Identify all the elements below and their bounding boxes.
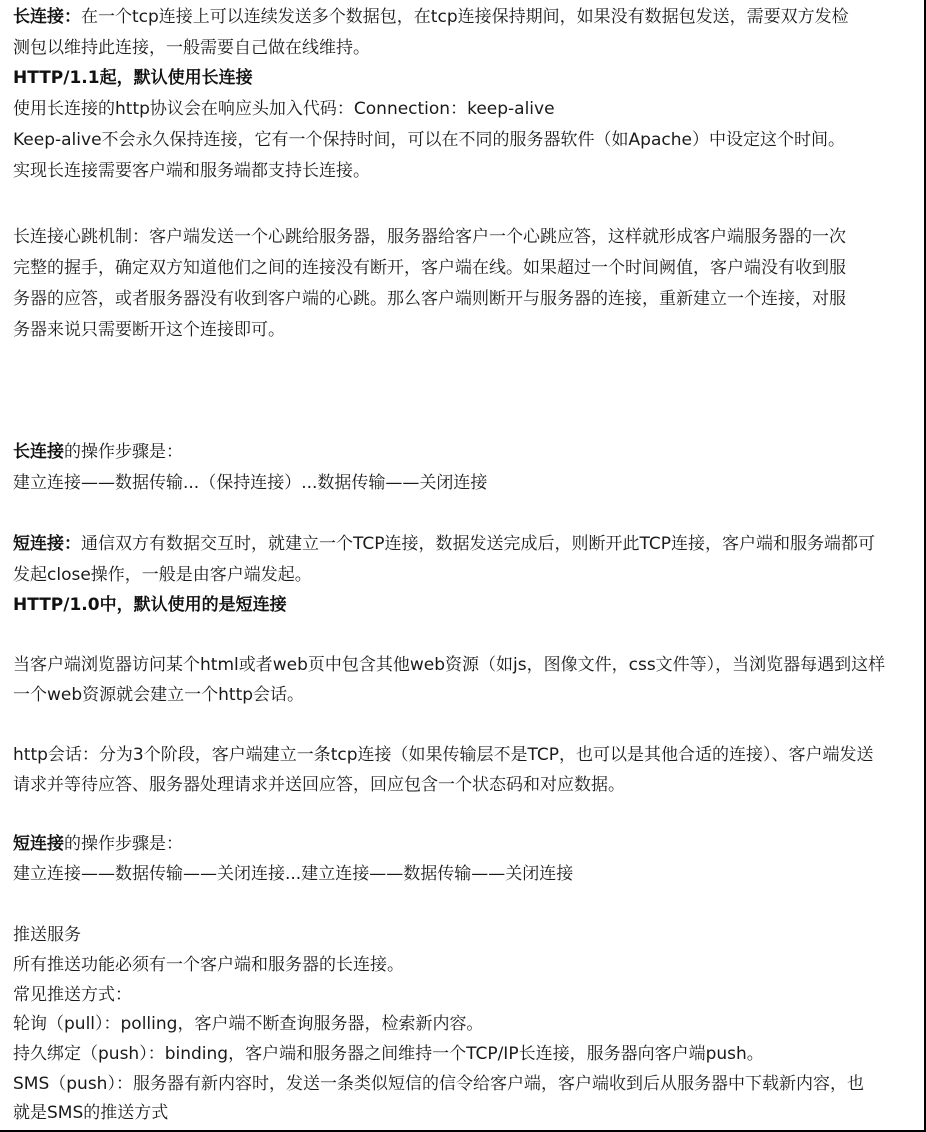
text-line: 常见推送方式： — [13, 980, 912, 1010]
text-line: 持久绑定（push）：binding，客户端和服务器之间维持一个TCP/IP长连… — [13, 1039, 912, 1069]
line-text: 完整的握手，确定双方知道他们之间的连接没有断开，客户端在线。如果超过一个时间阙值… — [13, 258, 846, 278]
text-line: http会话：分为3个阶段，客户端建立一条tcp连接（如果传输层不是TCP，也可… — [13, 740, 912, 770]
text-line: 推送服务 — [13, 920, 912, 950]
text-line: HTTP/1.0中，默认使用的是短连接 — [13, 590, 912, 620]
line-text: 使用长连接的http协议会在响应头加入代码：Connection：keep-al… — [13, 99, 555, 119]
text-line: 完整的握手，确定双方知道他们之间的连接没有断开，客户端在线。如果超过一个时间阙值… — [13, 253, 912, 283]
text-line: 使用长连接的http协议会在响应头加入代码：Connection：keep-al… — [13, 94, 912, 124]
text-line: 建立连接——数据传输——关闭连接...建立连接——数据传输——关闭连接 — [13, 859, 912, 889]
line-text: 的操作步骤是： — [64, 834, 183, 854]
text-line: 就是SMS的推送方式 — [13, 1098, 912, 1128]
text-line: 长连接的操作步骤是： — [13, 437, 912, 467]
line-text: 建立连接——数据传输——关闭连接...建立连接——数据传输——关闭连接 — [13, 864, 573, 884]
text-line: 所有推送功能必须有一个客户端和服务器的长连接。 — [13, 950, 912, 980]
text-line: 请求并等待应答、服务器处理请求并送回应答，回应包含一个状态码和对应数据。 — [13, 770, 912, 800]
line-text: 请求并等待应答、服务器处理请求并送回应答，回应包含一个状态码和对应数据。 — [13, 775, 625, 795]
line-text: 的操作步骤是： — [64, 442, 183, 462]
line-text: 测包以维持此连接，一般需要自己做在线维持。 — [13, 38, 370, 58]
line-text: 通信双方有数据交互时，就建立一个TCP连接，数据发送完成后，则断开此TCP连接，… — [81, 534, 875, 554]
bold-term: 短连接： — [13, 534, 81, 554]
line-text: 发起close操作，一般是由客户端发起。 — [13, 565, 312, 585]
line-text: 务器的应答，或者服务器没有收到客户端的心跳。那么客户端则断开与服务器的连接，重新… — [13, 289, 846, 309]
text-line: Keep-alive不会永久保持连接，它有一个保持时间，可以在不同的服务器软件（… — [13, 125, 912, 155]
bold-term: 短连接 — [13, 834, 64, 854]
bold-term: 长连接 — [13, 442, 64, 462]
line-text: 长连接心跳机制：客户端发送一个心跳给服务器，服务器给客户一个心跳应答，这样就形成… — [13, 227, 846, 247]
text-line: 轮询（pull）：polling，客户端不断查询服务器，检索新内容。 — [13, 1009, 912, 1039]
text-line: 测包以维持此连接，一般需要自己做在线维持。 — [13, 33, 912, 63]
line-text: 在一个tcp连接上可以连续发送多个数据包，在tcp连接保持期间，如果没有数据包发… — [81, 7, 849, 27]
document-page: 长连接：在一个tcp连接上可以连续发送多个数据包，在tcp连接保持期间，如果没有… — [0, 0, 926, 1132]
text-line: HTTP/1.1起，默认使用长连接 — [13, 63, 912, 93]
text-line: 短连接：通信双方有数据交互时，就建立一个TCP连接，数据发送完成后，则断开此TC… — [13, 529, 912, 559]
bold-term: 长连接： — [13, 7, 81, 27]
text-line: 短连接的操作步骤是： — [13, 829, 912, 859]
line-text: 一个web资源就会建立一个http会话。 — [13, 685, 304, 705]
text-line: 务器的应答，或者服务器没有收到客户端的心跳。那么客户端则断开与服务器的连接，重新… — [13, 284, 912, 314]
line-text: SMS（push）：服务器有新内容时，发送一条类似短信的信令给客户端，客户端收到… — [13, 1074, 864, 1094]
line-text: 实现长连接需要客户端和服务端都支持长连接。 — [13, 161, 370, 181]
line-text: 推送服务 — [13, 925, 81, 945]
text-line: 发起close操作，一般是由客户端发起。 — [13, 560, 912, 590]
line-text: 就是SMS的推送方式 — [13, 1103, 168, 1123]
line-text: http会话：分为3个阶段，客户端建立一条tcp连接（如果传输层不是TCP，也可… — [13, 745, 874, 765]
text-line: 实现长连接需要客户端和服务端都支持长连接。 — [13, 156, 912, 186]
text-line: 长连接：在一个tcp连接上可以连续发送多个数据包，在tcp连接保持期间，如果没有… — [13, 2, 912, 32]
text-line: 长连接心跳机制：客户端发送一个心跳给服务器，服务器给客户一个心跳应答，这样就形成… — [13, 222, 912, 252]
text-line: 当客户端浏览器访问某个html或者web页中包含其他web资源（如js，图像文件… — [13, 650, 912, 680]
line-text: 所有推送功能必须有一个客户端和服务器的长连接。 — [13, 955, 404, 975]
line-text: 轮询（pull）：polling，客户端不断查询服务器，检索新内容。 — [13, 1014, 483, 1034]
line-text: 持久绑定（push）：binding，客户端和服务器之间维持一个TCP/IP长连… — [13, 1044, 764, 1064]
line-text: 务器来说只需要断开这个连接即可。 — [13, 320, 285, 340]
line-text: Keep-alive不会永久保持连接，它有一个保持时间，可以在不同的服务器软件（… — [13, 130, 845, 150]
bold-term: HTTP/1.1起，默认使用长连接 — [13, 68, 253, 88]
text-line: 务器来说只需要断开这个连接即可。 — [13, 315, 912, 345]
text-line: SMS（push）：服务器有新内容时，发送一条类似短信的信令给客户端，客户端收到… — [13, 1069, 912, 1099]
text-line: 建立连接——数据传输...（保持连接）...数据传输——关闭连接 — [13, 468, 912, 498]
bold-term: HTTP/1.0中，默认使用的是短连接 — [13, 595, 287, 615]
line-text: 建立连接——数据传输...（保持连接）...数据传输——关闭连接 — [13, 473, 487, 493]
line-text: 当客户端浏览器访问某个html或者web页中包含其他web资源（如js，图像文件… — [13, 655, 885, 675]
text-line: 一个web资源就会建立一个http会话。 — [13, 680, 912, 710]
line-text: 常见推送方式： — [13, 985, 132, 1005]
